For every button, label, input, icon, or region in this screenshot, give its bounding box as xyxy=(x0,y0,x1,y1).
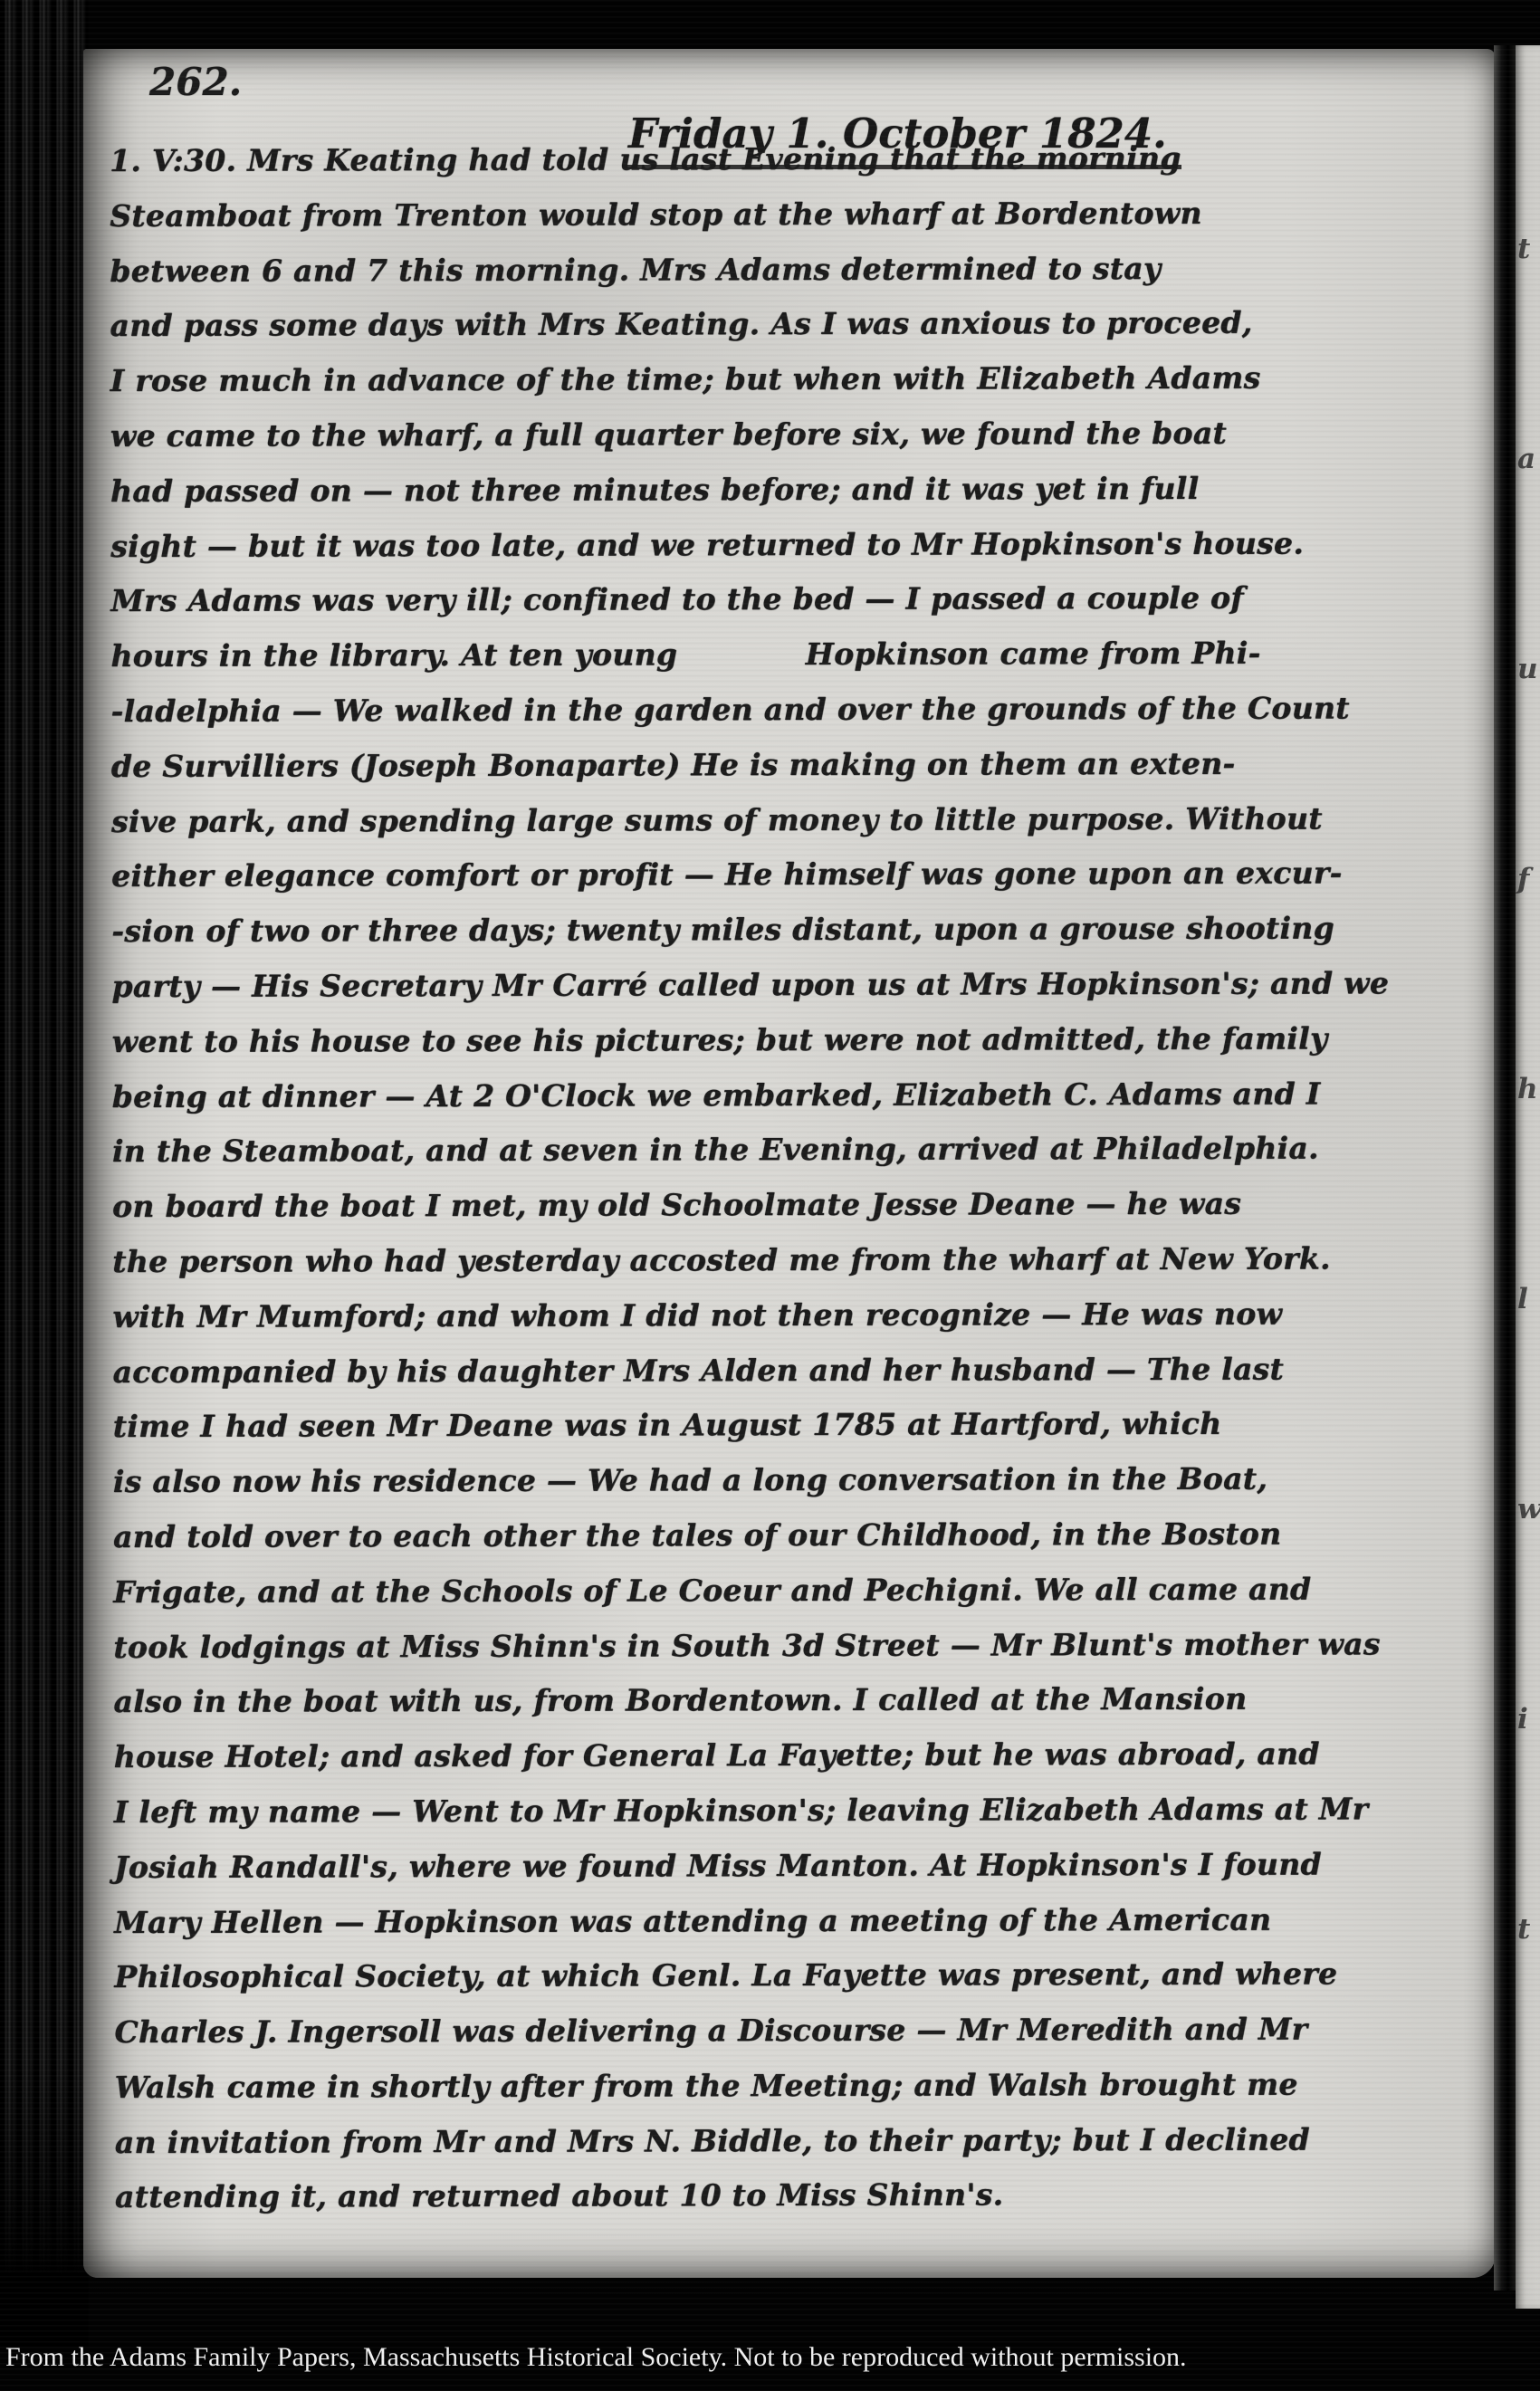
manuscript-line: accompanied by his daughter Mrs Alden an… xyxy=(112,1342,1481,1401)
facing-page-fragment: u xyxy=(1517,655,1540,866)
manuscript-line: I rose much in advance of the time; but … xyxy=(110,350,1479,409)
manuscript-line: Walsh came in shortly after from the Mee… xyxy=(115,2057,1484,2116)
manuscript-line: the person who had yesterday accosted me… xyxy=(112,1231,1481,1290)
manuscript-line: with Mr Mumford; and whom I did not then… xyxy=(112,1286,1481,1345)
manuscript-line: hours in the library. At ten young Hopki… xyxy=(110,626,1479,684)
manuscript-line: between 6 and 7 this morning. Mrs Adams … xyxy=(110,241,1478,300)
facing-page-fragment: l xyxy=(1517,1286,1540,1496)
manuscript-line: is also now his residence — We had a lon… xyxy=(113,1451,1482,1510)
facing-page-fragment: a xyxy=(1517,445,1540,655)
manuscript-line: on board the boat I met, my old Schoolma… xyxy=(112,1176,1481,1235)
facing-page-fragment: w xyxy=(1517,1496,1540,1706)
manuscript-line: attending it, and returned about 10 to M… xyxy=(115,2167,1484,2226)
manuscript-page: 262. Friday 1. October 1824. 1. V:30. Mr… xyxy=(83,49,1496,2278)
manuscript-line: -sion of two or three days; twenty miles… xyxy=(111,901,1480,960)
manuscript-line: -ladelphia — We walked in the garden and… xyxy=(111,681,1480,740)
manuscript-line: either elegance comfort or profit — He h… xyxy=(111,846,1480,904)
facing-page-sliver: taufhlwit xyxy=(1516,45,1540,2309)
manuscript-line: had passed on — not three minutes before… xyxy=(110,461,1479,520)
archive-caption: From the Adams Family Papers, Massachuse… xyxy=(5,2339,1535,2375)
manuscript-line: party — His Secretary Mr Carré called up… xyxy=(111,956,1480,1015)
manuscript-line: sight — but it was too late, and we retu… xyxy=(110,516,1479,575)
manuscript-line: Mrs Adams was very ill; confined to the … xyxy=(110,570,1479,629)
manuscript-line: Charles J. Ingersoll was delivering a Di… xyxy=(114,2002,1483,2061)
manuscript-text: 1. V:30. Mrs Keating had told us last Ev… xyxy=(110,130,1484,2225)
manuscript-line: also in the boat with us, from Bordentow… xyxy=(113,1671,1482,1730)
manuscript-line: took lodgings at Miss Shinn's in South 3… xyxy=(113,1617,1482,1676)
manuscript-line: Mary Hellen — Hopkinson was attending a … xyxy=(114,1892,1483,1951)
facing-page-fragment: t xyxy=(1517,1916,1540,2126)
facing-page-fragment: f xyxy=(1517,866,1540,1076)
manuscript-line: and pass some days with Mrs Keating. As … xyxy=(110,295,1478,354)
manuscript-line: I left my name — Went to Mr Hopkinson's;… xyxy=(114,1782,1483,1841)
page-gutter-shadow xyxy=(1494,45,1516,2291)
manuscript-line: went to his house to see his pictures; b… xyxy=(112,1011,1481,1070)
facing-page-ink-fragments: taufhlwit xyxy=(1517,235,1540,2126)
facing-page-fragment: h xyxy=(1517,1076,1540,1286)
manuscript-line: Philosophical Society, at which Genl. La… xyxy=(114,1946,1483,2005)
manuscript-line: 1. V:30. Mrs Keating had told us last Ev… xyxy=(110,130,1478,189)
manuscript-line: in the Steamboat, and at seven in the Ev… xyxy=(112,1121,1481,1180)
manuscript-line: sive park, and spending large sums of mo… xyxy=(111,791,1480,850)
manuscript-line: Frigate, and at the Schools of Le Coeur … xyxy=(113,1562,1482,1621)
facing-page-fragment: t xyxy=(1517,235,1540,445)
manuscript-line: time I had seen Mr Deane was in August 1… xyxy=(113,1396,1482,1455)
manuscript-line: Steamboat from Trenton would stop at the… xyxy=(110,186,1478,244)
manuscript-line: an invitation from Mr and Mrs N. Biddle,… xyxy=(115,2112,1484,2171)
book-binding-edge xyxy=(0,0,89,2347)
manuscript-line: we came to the wharf, a full quarter bef… xyxy=(110,406,1479,464)
manuscript-line: house Hotel; and asked for General La Fa… xyxy=(114,1726,1483,1785)
manuscript-scan: 262. Friday 1. October 1824. 1. V:30. Mr… xyxy=(0,0,1540,2391)
manuscript-line: and told over to each other the tales of… xyxy=(113,1506,1482,1565)
facing-page-fragment: i xyxy=(1517,1706,1540,1916)
manuscript-line: de Survilliers (Joseph Bonaparte) He is … xyxy=(111,736,1480,795)
page-number: 262. xyxy=(149,63,242,101)
manuscript-line: Josiah Randall's, where we found Miss Ma… xyxy=(114,1837,1483,1896)
manuscript-line: being at dinner — At 2 O'Clock we embark… xyxy=(112,1066,1481,1125)
